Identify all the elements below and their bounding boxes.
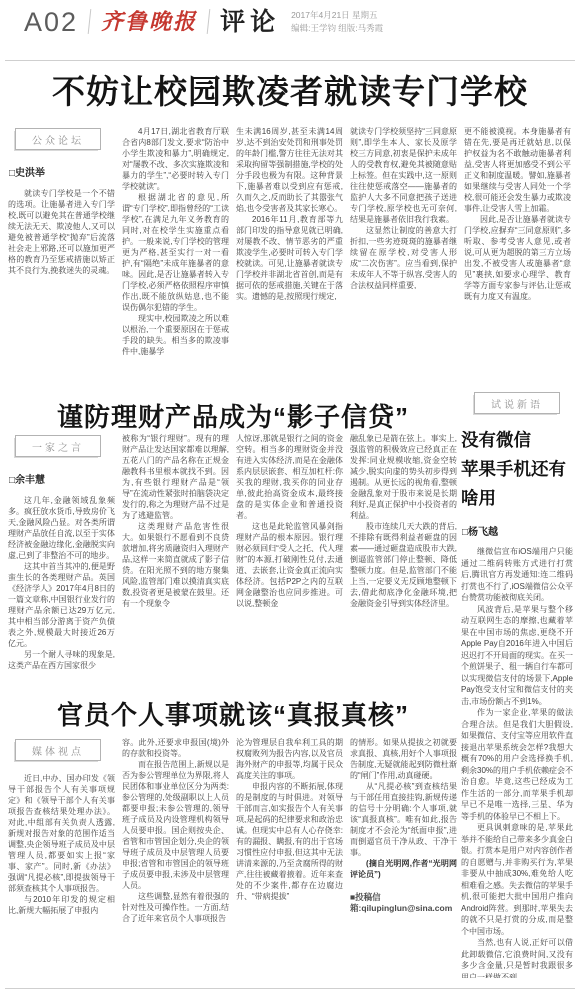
article-text: 的情形。如果从提拔之初就要求真报、真核,用好个人事项报告制度,无疑就能起到防微杜…	[350, 737, 457, 858]
article-text: 就读专门学校是一个不错的选项。让施暴者进入专门学校,既可以避免其在普通学校继续无…	[8, 188, 115, 276]
paragraph: 更不能被漠视。本身施暴者有错在先,要是再迁就姑息,以保护权益为名不敢触动施暴者利…	[464, 126, 571, 214]
edition-date: 2017年4月21日 星期五	[291, 10, 377, 20]
paragraph: 因此,是否让施暴者就读专门学校,应摒弃“三同意原则”,多听取、参考受害人意见,或…	[464, 214, 571, 302]
page-number: A02	[24, 7, 78, 37]
officials-col-1: 媒体视点 近日,中办、国办印发《领导干部报告个人有关事项规定》和《领导干部个人有…	[8, 737, 115, 978]
article-text: 继微信宣布iOS端用户只能通过二维码转账方式进行打赏后,腾讯官方再发通知:连二维…	[461, 546, 573, 978]
masthead: A02 齐鲁晚报 评论 2017年4月21日 星期五 编辑:王学钧 组版:马秀霞	[24, 7, 383, 37]
paragraph: 就读专门学校是一个不错的选项。让施暴者进入专门学校,既可以避免其在普通学校继续无…	[8, 188, 115, 276]
byline-shihongju: □史洪举	[9, 164, 115, 179]
paragraph: 融乱象已是箭在弦上。事实上,强监管的积极效应已经真正在发挥:同业规模收缩,资金空…	[350, 433, 457, 521]
paragraph: 当然,也有人说,正好可以借此卸载微信,它浪费时间,又没有多少含金量,只是暂时我跟…	[461, 937, 573, 978]
paragraph: 就读专门学校须坚持“三同意原则”,即学生本人、家长及原学校三方同意,初衷是保护未…	[350, 126, 457, 225]
paragraph: 现实中,校园欺凌之所以难以根治,一个重要原因在于惩戒手段的缺失。相当多的欺凌事件…	[122, 313, 229, 357]
paragraph: 另一个耐人寻味的现象是,这类产品在西方国家很少	[8, 649, 115, 671]
paragraph: 容。此外,还要求申报国(境)外的存款和投资等。	[122, 737, 229, 759]
article-text: 这几年,金融领域乱象频多。疯狂放水货币,导致房价飞天,金融风险凸显。对各类所谓理…	[8, 495, 115, 671]
paragraph: 继微信宣布iOS端用户只能通过二维码转账方式进行打赏后,腾讯官方再发通知:连二维…	[461, 546, 573, 604]
paragraph: 这也是此轮监管风暴剑指理财产品的根本原因。银行理财必须回归“受人之托、代人理财”…	[236, 521, 343, 609]
paragraph: 近日,中办、国办印发《领导干部报告个人有关事项规定》和《领导干部个人有关事项报告…	[8, 773, 115, 894]
bullying-col-5: 更不能被漠视。本身施暴者有错在先,要是再迁就姑息,以保护权益为名不敢触动施暴者利…	[464, 126, 571, 391]
divider-bar	[88, 9, 92, 34]
edition-staff: 编辑:王学钧 组版:马秀霞	[291, 23, 383, 33]
bullying-col-1: 公众论坛 □史洪举 就读专门学校是一个不错的选项。让施暴者进入专门学校,既可以避…	[8, 126, 115, 391]
paragraph: 从“凡提必核”到查核结果与干部任用直接挂钩,新规传递的信号十分明确:个人事项,就…	[350, 781, 457, 858]
paragraph: 的情形。如果从提拔之初就要求真报、真核,用好个人事项报告制度,无疑就能起到防微杜…	[350, 737, 457, 781]
paragraph: 被称为“银行理财”。现有的理财产品让发达国家都难以理解,五花八门的产品名称在正规…	[122, 433, 229, 521]
headline-wechat-line2: 苹果手机还有啥用	[461, 455, 573, 513]
headline-wechat: 没有微信 苹果手机还有啥用	[461, 426, 573, 513]
paragraph: 这几年,金融领域乱象频多。疯狂放水货币,导致房价飞天,金融风险凸显。对各类所谓理…	[8, 495, 115, 561]
paragraph: 申报内容的不断拓展,体现的是制度的与时俱进。对领导干部而言,如实报告个人有关事项…	[236, 781, 343, 902]
paragraph: 股市连续几天大跌的背后,不排除有既得利益者砸盘的因素——通过砸盘造成股市大跌,倒…	[350, 521, 457, 609]
paragraph: 与2010年印发的规定相比,新规大幅拓展了申报内	[8, 894, 115, 916]
paragraph: 沦为管理层自我牟利工具的期权腐败列为报告内容,以及官员海外财产的申报等,均属于民…	[236, 737, 343, 781]
wealth-col-4: 融乱象已是箭在弦上。事实上,强监管的积极效应已经真正在发挥:同业规模收缩,资金空…	[350, 433, 457, 690]
headline-bullying: 不妨让校园欺凌者就读专门学校	[8, 66, 572, 113]
article-officials: 媒体视点 近日,中办、国办印发《领导干部报告个人有关事项规定》和《领导干部个人有…	[8, 737, 458, 978]
column-label-yijiazhiyan: 一家之言	[15, 435, 101, 457]
column-label-shishuoxinyu: 试说新语	[474, 392, 560, 414]
officials-col-2: 容。此外,还要求申报国(境)外的存款和投资等。而在报告范围上,新规以是否为参公管…	[122, 737, 229, 978]
bullying-col-2: 4月17日,湖北省教育厅联合省内8部门发文,要求“防治中小学生欺凌和暴力”,明确…	[122, 126, 229, 391]
paragraph: 生未满16周岁,甚至未满14周岁,达不到治安处罚和刑事处罚的年龄门槛,警方往往无…	[236, 126, 343, 214]
wealth-col-3: 人惊讶,那就是银行之间的资金空转。相当多的理财资金并没有进入实体经济,而是在金融…	[236, 433, 343, 690]
headline-officials: 官员个人事项就该“真报真核”	[8, 695, 458, 732]
footer-rule	[5, 988, 575, 989]
paragraph: 更具讽刺意味的是,苹果此举并不能给自己带来多少真金白银。打赏本是用户对内容创作者…	[461, 822, 573, 937]
article-wealth: 一家之言 □余丰慧 这几年,金融领域乱象频多。疯狂放水货币,导致房价飞天,金融风…	[8, 433, 458, 690]
paragraph: 而在报告范围上,新规以是否为参公管理单位为界限,将人民团体和事业单位区分为两类:…	[122, 759, 229, 891]
wealth-col-1: 一家之言 □余丰慧 这几年,金融领域乱象频多。疯狂放水货币,导致房价飞天,金融风…	[8, 433, 115, 690]
article-bullying: 公众论坛 □史洪举 就读专门学校是一个不错的选项。让施暴者进入专门学校,既可以避…	[8, 126, 572, 391]
attribution-note: (摘自光明网,作者“光明网评论员”)	[350, 858, 457, 880]
paragraph: 这其中首当其冲的,便是野蛮生长的各类理财产品。英国《经济学人》2017年4月8日…	[8, 561, 115, 649]
paragraph: 人惊讶,那就是银行之间的资金空转。相当多的理财资金并没有进入实体经济,而是在金融…	[236, 433, 343, 521]
masthead-rule	[5, 60, 575, 61]
submission-mailbox: ■投稿信箱:qilupinglun@sina.com	[350, 892, 457, 914]
section-title: 评论	[220, 7, 280, 37]
byline-yufenghui: □余丰慧	[9, 471, 115, 486]
column-label-gongzhongluntan: 公众论坛	[15, 128, 101, 150]
officials-col-4: 的情形。如果从提拔之初就要求真报、真核,用好个人事项报告制度,无疑就能起到防微杜…	[350, 737, 457, 978]
article-wechat: 试说新语 没有微信 苹果手机还有啥用 □杨飞越 继微信宣布iOS端用户只能通过二…	[461, 392, 573, 978]
bullying-col-4: 就读专门学校须坚持“三同意原则”,即学生本人、家长及原学校三方同意,初衷是保护未…	[350, 126, 457, 391]
newspaper-page: A02 齐鲁晚报 评论 2017年4月21日 星期五 编辑:王学钧 组版:马秀霞…	[0, 0, 580, 995]
column-label-meitishidian: 媒体视点	[15, 739, 101, 761]
officials-col-3: 沦为管理层自我牟利工具的期权腐败列为报告内容,以及官员海外财产的申报等,均属于民…	[236, 737, 343, 978]
wealth-col-2: 被称为“银行理财”。现有的理财产品让发达国家都难以理解,五花八门的产品名称在正规…	[122, 433, 229, 690]
paragraph: 根据湖北省的意见,所谓“专门学校”,即指曾经的“工读学校”,在满足九年义务教育的…	[122, 192, 229, 313]
paragraph: 这显然让制度的善意大打折扣,一些劣迹斑斑的施暴者继续留在原学校,对受害人形成“二…	[350, 225, 457, 291]
paragraph: 这些调整,显然有着很强的针对性及可操作性。一方面,结合了近年来官员个人事项报告	[122, 891, 229, 924]
brand-logo: 齐鲁晚报	[101, 7, 197, 37]
paragraph: 4月17日,湖北省教育厅联合省内8部门发文,要求“防治中小学生欺凌和暴力”,明确…	[122, 126, 229, 192]
paragraph: 这类理财产品危害性很大。如果银行不愿看到不良贷款增加,将劣质融资归入理财产品,这…	[122, 521, 229, 609]
edition-info: 2017年4月21日 星期五 编辑:王学钧 组版:马秀霞	[291, 9, 383, 37]
headline-wechat-line1: 没有微信	[461, 426, 573, 455]
paragraph: 风波背后,是苹果与整个移动互联网生态的摩擦,也藏着苹果在中国市场的焦虑,更绕不开…	[461, 604, 573, 708]
paragraph: 作为一家企业,苹果的做法合理合法。但是我们大胆假设,如果微信、支付宝等应用软件直…	[461, 707, 573, 822]
bullying-col-3: 生未满16周岁,甚至未满14周岁,达不到治安处罚和刑事处罚的年龄门槛,警方往往无…	[236, 126, 343, 391]
paragraph: 2016年11月,教育部等九部门印发的指导意见就已明确,对屡教不改、情节恶劣的严…	[236, 214, 343, 302]
headline-wealth: 谨防理财产品成为“影子信贷”	[8, 397, 458, 434]
article-text: 近日,中办、国办印发《领导干部报告个人有关事项规定》和《领导干部个人有关事项报告…	[8, 773, 115, 916]
byline-yangfeiyue: □杨飞越	[462, 523, 573, 538]
divider-bar	[207, 9, 211, 34]
